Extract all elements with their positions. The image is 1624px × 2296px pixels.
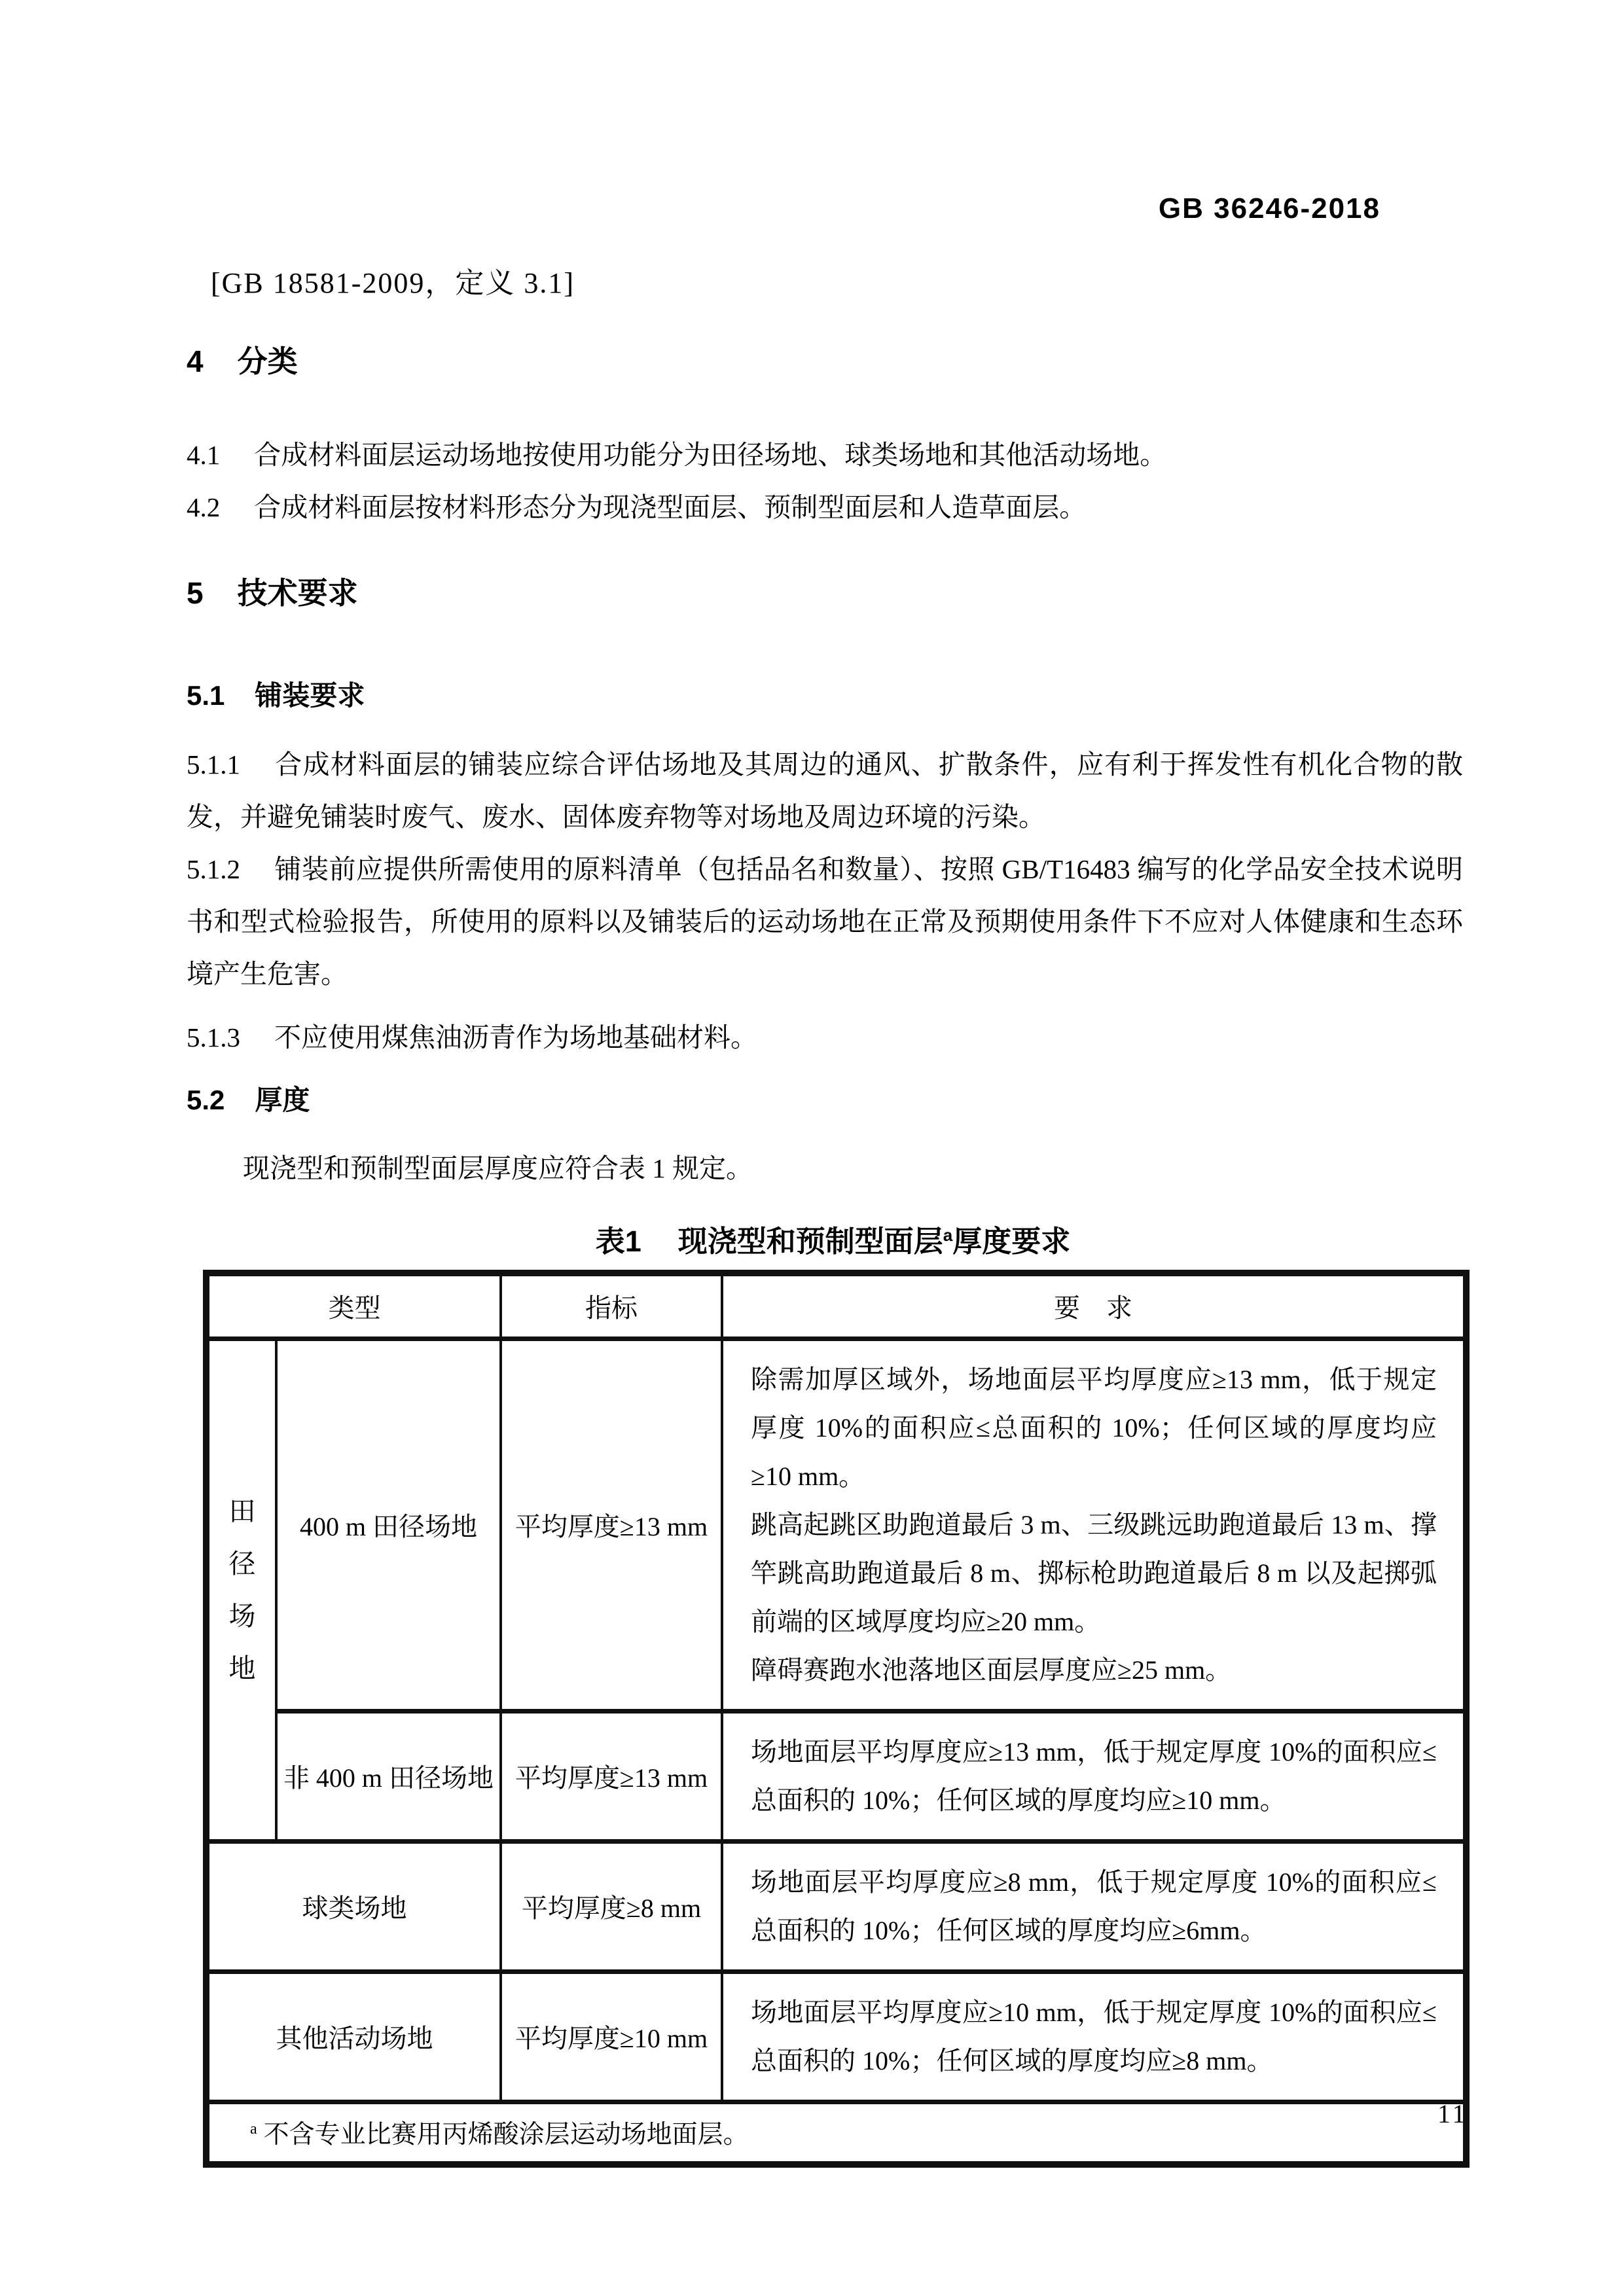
table-row-ball-courts: 球类场地 平均厚度≥8 mm 场地面层平均厚度应≥8 mm，低于规定厚度 10%… [206, 1841, 1466, 1971]
col-header-type: 类型 [206, 1273, 501, 1338]
requirement-other-activity-p1: 场地面层平均厚度应≥10 mm，低于规定厚度 10%的面积应≤总面积的 10%；… [751, 1988, 1437, 2085]
table-header-row: 类型 指标 要 求 [206, 1273, 1466, 1338]
section-4-title: 分类 [238, 344, 298, 378]
type-cell-400m: 400 m 田径场地 [276, 1338, 501, 1711]
clause-5-1-2-text: 铺装前应提供所需使用的原料清单（包括品名和数量）、按照 GB/T16483 编写… [187, 854, 1463, 989]
section-5-title: 技术要求 [238, 576, 358, 610]
requirement-400m-p1: 除需加厚区域外，场地面层平均厚度应≥13 mm，低于规定厚度 10%的面积应≤总… [751, 1355, 1437, 1501]
indicator-cell-400m: 平均厚度≥13 mm [501, 1338, 722, 1711]
clause-5-1-3: 5.1.3不应使用煤焦油沥青作为场地基础材料。 [187, 1011, 1463, 1064]
type-cell-non-400m: 非 400 m 田径场地 [276, 1711, 501, 1841]
clause-4-2: 4.2合成材料面层按材料形态分为现浇型面层、预制型面层和人造草面层。 [187, 481, 1463, 533]
table-caption-suffix: 厚度要求 [952, 1225, 1070, 1258]
section-5-1-title: 铺装要求 [255, 680, 365, 711]
section-5-2-number: 5.2 [187, 1085, 225, 1116]
section-5-2-heading: 5.2厚度 [187, 1079, 310, 1118]
section-5-number: 5 [187, 575, 204, 611]
group-label-athletics-field: 田径场地 [228, 1485, 257, 1695]
section-4-number: 4 [187, 344, 204, 379]
requirement-cell-other-activity: 场地面层平均厚度应≥10 mm，低于规定厚度 10%的面积应≤总面积的 10%；… [722, 1971, 1466, 2102]
clause-5-1-2: 5.1.2铺装前应提供所需使用的原料清单（包括品名和数量）、按照 GB/T164… [187, 843, 1463, 1000]
col-header-requirement: 要 求 [722, 1273, 1466, 1338]
clause-5-1-3-text: 不应使用煤焦油沥青作为场地基础材料。 [274, 1022, 757, 1052]
reference-line: [GB 18581-2009，定义 3.1] [211, 259, 575, 301]
requirement-400m-p3: 障碍赛跑水池落地区面层厚度应≥25 mm。 [751, 1646, 1437, 1695]
clause-4-2-number: 4.2 [187, 492, 220, 522]
requirement-ball-courts-p1: 场地面层平均厚度应≥8 mm，低于规定厚度 10%的面积应≤总面积的 10%；任… [751, 1858, 1437, 1955]
section-5-2-title: 厚度 [255, 1085, 310, 1115]
table-caption-number: 表1 [596, 1225, 641, 1258]
page-number: 11 [1437, 2098, 1468, 2129]
section-4-heading: 4分类 [187, 338, 298, 381]
clause-5-1-1: 5.1.1合成材料面层的铺装应综合评估场地及其周边的通风、扩散条件，应有利于挥发… [187, 738, 1463, 843]
requirement-non-400m-p1: 场地面层平均厚度应≥13 mm，低于规定厚度 10%的面积应≤总面积的 10%；… [751, 1728, 1437, 1825]
table-footnote-cell: a不含专业比赛用丙烯酸涂层运动场地面层。 [206, 2102, 1466, 2164]
footnote-text: 不含专业比赛用丙烯酸涂层运动场地面层。 [264, 2121, 749, 2149]
col-header-indicator: 指标 [501, 1273, 722, 1338]
clause-4-2-text: 合成材料面层按材料形态分为现浇型面层、预制型面层和人造草面层。 [254, 492, 1086, 522]
indicator-cell-ball-courts: 平均厚度≥8 mm [501, 1841, 722, 1971]
table-footnote-row: a不含专业比赛用丙烯酸涂层运动场地面层。 [206, 2102, 1466, 2164]
requirement-cell-non-400m: 场地面层平均厚度应≥13 mm，低于规定厚度 10%的面积应≤总面积的 10%；… [722, 1711, 1466, 1841]
requirement-cell-400m: 除需加厚区域外，场地面层平均厚度应≥13 mm，低于规定厚度 10%的面积应≤总… [722, 1338, 1466, 1711]
table-row-400m: 田径场地 400 m 田径场地 平均厚度≥13 mm 除需加厚区域外，场地面层平… [206, 1338, 1466, 1711]
group-cell-athletics: 田径场地 [206, 1338, 276, 1841]
document-page: GB 36246-2018 [GB 18581-2009，定义 3.1] 4分类… [0, 0, 1624, 2296]
clause-4-1: 4.1合成材料面层运动场地按使用功能分为田径场地、球类场地和其他活动场地。 [187, 429, 1463, 481]
indicator-cell-non-400m: 平均厚度≥13 mm [501, 1711, 722, 1841]
table-caption-footnote-marker: a [943, 1225, 952, 1245]
indicator-cell-other-activity: 平均厚度≥10 mm [501, 1971, 722, 2102]
clause-5-1-1-text: 合成材料面层的铺装应综合评估场地及其周边的通风、扩散条件，应有利于挥发性有机化合… [187, 749, 1463, 832]
footnote-marker: a [250, 2121, 257, 2138]
clause-5-1-3-number: 5.1.3 [187, 1022, 240, 1052]
standard-number-header: GB 36246-2018 [1159, 192, 1380, 225]
section-5-heading: 5技术要求 [187, 569, 358, 613]
clause-4-1-number: 4.1 [187, 440, 220, 470]
section-5-1-heading: 5.1铺装要求 [187, 674, 365, 713]
clause-5-1-1-number: 5.1.1 [187, 749, 240, 780]
table-row-other-activity: 其他活动场地 平均厚度≥10 mm 场地面层平均厚度应≥10 mm，低于规定厚度… [206, 1971, 1466, 2102]
table-caption-main: 现浇型和预制型面层 [678, 1225, 943, 1258]
type-cell-ball-courts: 球类场地 [206, 1841, 501, 1971]
requirement-400m-p2: 跳高起跳区助跑道最后 3 m、三级跳远助跑道最后 13 m、撑竿跳高助跑道最后 … [751, 1501, 1437, 1646]
table-row-non-400m: 非 400 m 田径场地 平均厚度≥13 mm 场地面层平均厚度应≥13 mm，… [206, 1711, 1466, 1841]
table-lead-sentence: 现浇型和预制型面层厚度应符合表 1 规定。 [187, 1147, 1463, 1185]
section-5-1-number: 5.1 [187, 680, 225, 711]
requirement-cell-ball-courts: 场地面层平均厚度应≥8 mm，低于规定厚度 10%的面积应≤总面积的 10%；任… [722, 1841, 1466, 1971]
type-cell-other-activity: 其他活动场地 [206, 1971, 501, 2102]
clause-5-1-2-number: 5.1.2 [187, 854, 240, 884]
table-caption: 表1现浇型和预制型面层a厚度要求 [203, 1217, 1463, 1260]
table-thickness-requirements: 类型 指标 要 求 田径场地 400 m 田径场地 平均厚度≥13 mm 除需加… [203, 1270, 1470, 2168]
clause-4-1-text: 合成材料面层运动场地按使用功能分为田径场地、球类场地和其他活动场地。 [254, 440, 1166, 470]
